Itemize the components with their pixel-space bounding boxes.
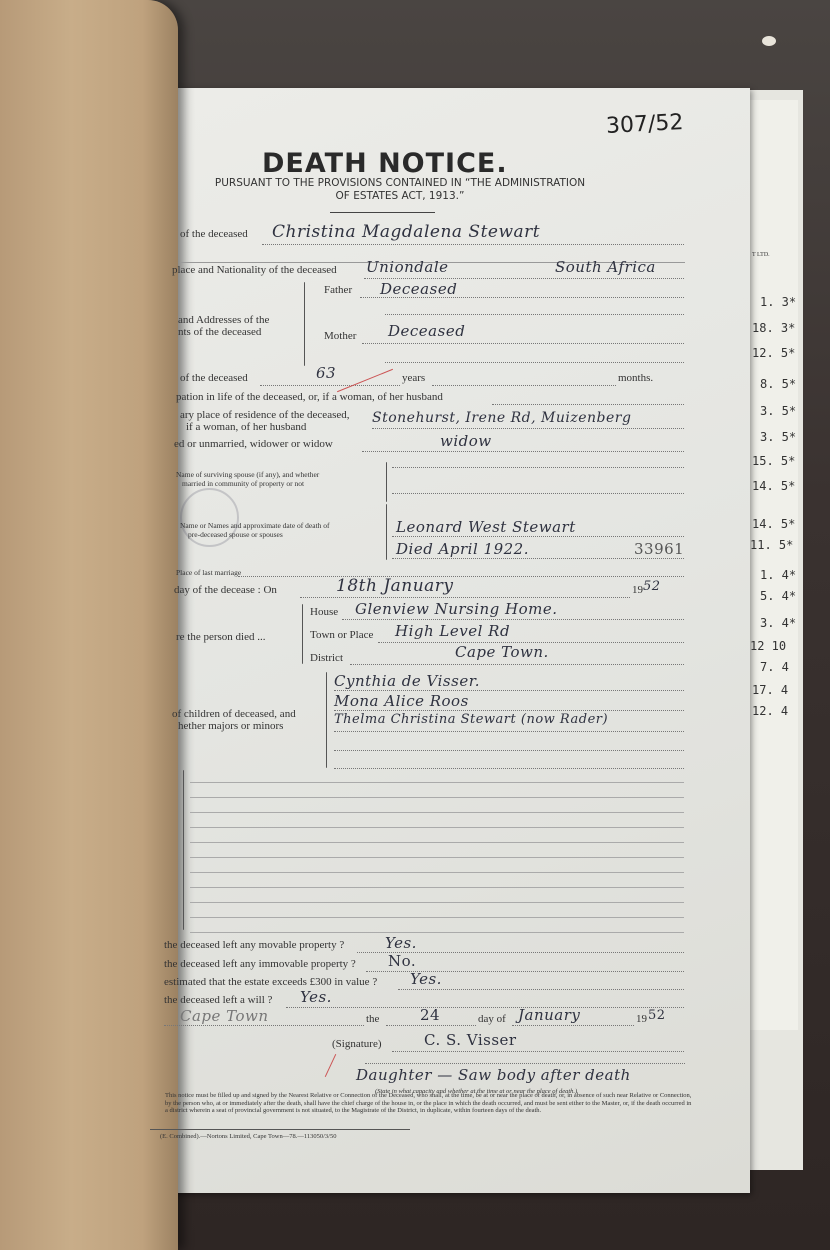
signed-place-line — [164, 1025, 364, 1026]
surviving-spouse-line-2 — [392, 493, 684, 494]
years-label: years — [402, 372, 425, 384]
tally-entry: 14. 5* — [752, 517, 795, 531]
nationality-value: South Africa — [555, 258, 656, 276]
signed-month: January — [518, 1006, 580, 1024]
father-label: Father — [324, 284, 352, 296]
name-label: of the deceased — [180, 228, 248, 240]
blank-line — [190, 872, 684, 873]
blank-line — [190, 917, 684, 918]
capacity-value: Daughter — Saw body after death — [356, 1066, 631, 1084]
paper-scrap — [762, 36, 776, 46]
birthplace-line — [364, 278, 684, 279]
signature-value: C. S. Visser — [424, 1031, 517, 1049]
tally-entry: 7. 4 — [760, 660, 789, 674]
tally-entry: 18. 3* — [752, 321, 795, 335]
tally-entry: 5. 4* — [760, 589, 796, 603]
tally-entry: 3. 5* — [760, 404, 796, 418]
child-line-2 — [334, 710, 684, 711]
district-line — [350, 664, 684, 665]
house-value: Glenview Nursing Home. — [355, 600, 558, 618]
last-marriage-line — [238, 576, 684, 577]
marital-value: widow — [440, 432, 492, 450]
signature-line — [392, 1051, 684, 1052]
district-label: District — [310, 652, 343, 664]
blank-line — [190, 932, 684, 933]
father-value: Deceased — [380, 280, 457, 298]
predeceased-annotation: 33961 — [634, 540, 684, 558]
town-label: Town or Place — [310, 629, 373, 641]
title-divider — [330, 212, 435, 213]
predeceased-spouse-brace — [386, 504, 387, 560]
last-marriage-label: Place of last marriage — [176, 568, 241, 577]
name-line — [262, 244, 684, 245]
movable-property-label: the deceased left any movable property ? — [164, 939, 344, 951]
subtitle-line-1: PURSUANT TO THE PROVISIONS CONTAINED IN … — [176, 177, 624, 190]
day-of-label: day of — [478, 1013, 506, 1025]
place-of-death-label: re the person died ... — [176, 631, 266, 643]
months-line — [432, 385, 616, 386]
child-1: Cynthia de Visser. — [334, 672, 480, 690]
tally-entry: 14. 5* — [752, 479, 795, 493]
name-value: Christina Magdalena Stewart — [272, 222, 540, 242]
age-value: 63 — [316, 364, 336, 382]
birthplace-value: Uniondale — [366, 258, 449, 276]
signed-day-line — [386, 1025, 476, 1026]
movable-property-value: Yes. — [385, 934, 417, 952]
blank-line — [190, 827, 684, 828]
blank-line — [190, 812, 684, 813]
file-number: 307/52 — [605, 110, 684, 139]
blank-line — [190, 782, 684, 783]
residence-value: Stonehurst, Irene Rd, Muizenberg — [372, 410, 631, 426]
child-3: Thelma Christina Stewart (now Rader) — [334, 712, 608, 727]
place-of-death-brace — [302, 604, 303, 664]
signed-day: 24 — [420, 1006, 440, 1024]
age-label: of the deceased — [180, 372, 248, 384]
will-line — [286, 1007, 684, 1008]
tally-entry: 3. 5* — [760, 430, 796, 444]
vertical-instruction-text — [150, 780, 166, 940]
tally-entry: 3. 4* — [760, 616, 796, 630]
residence-label-1: ary place of residence of the deceased, — [180, 409, 350, 421]
occupation-label: pation in life of the deceased, or, if a… — [176, 391, 443, 403]
child-line-4 — [334, 750, 684, 751]
house-line — [342, 619, 684, 620]
marital-line — [362, 451, 684, 452]
immovable-property-label: the deceased left any immovable property… — [164, 958, 356, 970]
mother-value: Deceased — [388, 322, 465, 340]
predeceased-spouse-label-2: pre-deceased spouse or spouses — [188, 530, 283, 539]
district-value: Cape Town. — [455, 643, 549, 661]
estate-value-label: estimated that the estate exceeds £300 i… — [164, 976, 377, 988]
surviving-spouse-brace — [386, 462, 387, 502]
parents-label-1: and Addresses of the — [178, 314, 269, 326]
house-label: House — [310, 606, 338, 618]
date-of-death-year: 52 — [643, 579, 661, 594]
capacity-line-top — [365, 1063, 685, 1064]
predeceased-spouse-label-1: Name or Names and approximate date of de… — [180, 521, 330, 530]
blank-line — [190, 902, 684, 903]
parents-label-2: nts of the deceased — [178, 326, 261, 338]
blank-line — [190, 797, 684, 798]
tally-entry: 12. 5* — [752, 346, 795, 360]
predeceased-spouse-value-1: Leonard West Stewart — [396, 518, 576, 536]
surviving-spouse-label-1: Name of surviving spouse (if any), and w… — [176, 470, 319, 479]
the-label: the — [366, 1013, 379, 1025]
tally-entry: 1. 4* — [760, 568, 796, 582]
form-subtitle: PURSUANT TO THE PROVISIONS CONTAINED IN … — [176, 177, 624, 203]
tally-entry: 12 10 — [750, 639, 786, 653]
date-of-death-year-prefix: 19 — [632, 584, 643, 596]
instructions-note: This notice must be filled up and signed… — [165, 1092, 695, 1115]
birthplace-label: place and Nationality of the deceased — [172, 264, 337, 276]
town-value: High Level Rd — [395, 622, 510, 640]
age-line — [260, 385, 400, 386]
predeceased-spouse-value-2: Died April 1922. — [396, 540, 529, 558]
marital-label: ed or unmarried, widower or widow — [174, 438, 333, 450]
children-brace — [326, 672, 327, 768]
printer-imprint: (E. Combined).—Nortons Limited, Cape Tow… — [160, 1133, 336, 1140]
children-label-1: of children of deceased, and — [172, 708, 296, 720]
blank-line — [190, 887, 684, 888]
folder-cover — [0, 0, 178, 1250]
signed-place: Cape Town — [180, 1007, 269, 1025]
occupation-line — [492, 404, 684, 405]
tally-entry: 11. 5* — [750, 538, 793, 552]
surviving-spouse-line-1 — [392, 467, 684, 468]
blank-block-brace — [183, 770, 184, 930]
signed-month-line — [512, 1025, 634, 1026]
side-sheet-header: T LTD. — [752, 252, 770, 258]
subtitle-line-2: OF ESTATES ACT, 1913.” — [176, 190, 624, 203]
tally-entry: 8. 5* — [760, 377, 796, 391]
residence-label-2: if a woman, of her husband — [186, 421, 306, 433]
child-line-1 — [334, 690, 684, 691]
mother-label: Mother — [324, 330, 356, 342]
tally-entry: 1. 3* — [760, 295, 796, 309]
date-of-death-label: day of the decease : On — [174, 584, 277, 596]
surviving-spouse-label-2: married in community of property or not — [182, 479, 304, 488]
mother-line — [362, 343, 684, 344]
residence-line — [372, 428, 684, 429]
parents-brace — [304, 282, 305, 366]
signed-year: 52 — [648, 1008, 666, 1023]
tally-entry: 12. 4 — [752, 704, 788, 718]
immovable-property-value: No. — [388, 952, 416, 970]
signature-label: (Signature) — [332, 1038, 381, 1050]
date-of-death-day: 18th January — [336, 576, 454, 596]
side-sheet — [748, 100, 798, 1030]
will-value: Yes. — [300, 988, 332, 1006]
children-label-2: hether majors or minors — [178, 720, 283, 732]
date-of-death-line — [300, 597, 630, 598]
signed-year-prefix: 19 — [636, 1013, 647, 1025]
form-title: DEATH NOTICE. — [262, 148, 508, 179]
blank-line — [190, 857, 684, 858]
child-line-3 — [334, 731, 684, 732]
estate-value-value: Yes. — [410, 970, 442, 988]
father-address-line — [385, 314, 684, 315]
child-2: Mona Alice Roos — [334, 692, 469, 710]
tally-entry: 15. 5* — [752, 454, 795, 468]
predeceased-spouse-line-1 — [392, 536, 684, 537]
mother-address-line — [385, 362, 684, 363]
blank-line — [190, 842, 684, 843]
child-line-5 — [334, 768, 684, 769]
predeceased-spouse-line-2 — [392, 558, 684, 559]
footer-divider — [150, 1129, 410, 1130]
months-label: months. — [618, 372, 653, 384]
tally-entry: 17. 4 — [752, 683, 788, 697]
will-label: the deceased left a will ? — [164, 994, 272, 1006]
estate-value-line — [398, 989, 684, 990]
